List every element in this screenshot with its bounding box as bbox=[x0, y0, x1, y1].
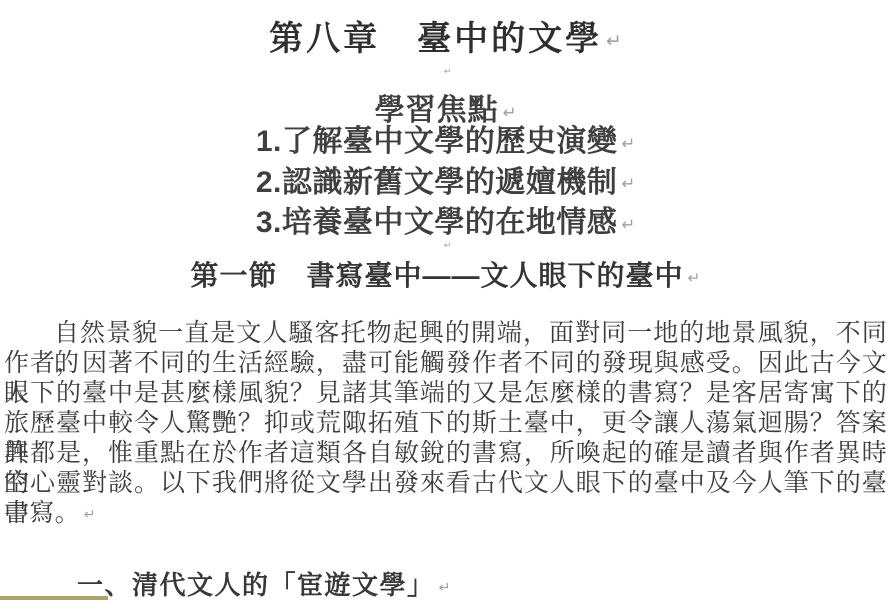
paragraph-mark-icon: ↵ bbox=[621, 174, 635, 193]
paragraph-line: 自然景貌一直是文人騷客托物起興的開端，面對同一地的地景風貌，不同的 bbox=[4, 319, 887, 349]
paragraph-line: 書寫。↵ bbox=[4, 499, 887, 529]
list-item-text: 2.認識新舊文學的遞嬗機制 bbox=[256, 166, 618, 199]
empty-paragraph-line: ↵ bbox=[0, 236, 891, 254]
paragraph-line: 作者，因著不同的生活經驗，盡可能觸發作者不同的發現與感受。因此古今文人 bbox=[4, 349, 887, 379]
empty-paragraph-line: ↵ bbox=[0, 62, 891, 80]
bottom-edge-strip bbox=[0, 596, 108, 600]
paragraph-mark-icon: ↵ bbox=[606, 31, 622, 52]
paragraph-line: 許都是，惟重點在於作者這類各自敏銳的書寫，所喚起的確是讀者與作者異時空 bbox=[4, 439, 887, 469]
subsection-title-text: 一、清代文人的「宦遊文學」 bbox=[77, 571, 435, 600]
list-item-text: 1.了解臺中文學的歷史演變 bbox=[256, 125, 618, 158]
section-title-text: 第一節 書寫臺中——文人眼下的臺中 bbox=[191, 260, 684, 291]
learning-focus-list: 1.了解臺中文學的歷史演變↵ 2.認識新舊文學的遞嬗機制↵ 3.培養臺中文學的在… bbox=[256, 122, 635, 244]
paragraph-mark-icon: ↵ bbox=[84, 507, 96, 523]
paragraph-mark-icon: ↵ bbox=[503, 103, 517, 122]
paragraph-mark-icon: ↵ bbox=[621, 215, 635, 234]
list-item: 2.認識新舊文學的遞嬗機制↵ bbox=[256, 163, 635, 204]
paragraph-line: 的心靈對談。以下我們將從文學出發來看古代文人眼下的臺中及今人筆下的臺中 bbox=[4, 469, 887, 499]
paragraph-line: 旅歷臺中較令人驚艷？抑或荒陬拓殖下的斯土臺中，更令讓人蕩氣迴腸？答案興 bbox=[4, 409, 887, 439]
subsection-title: 一、清代文人的「宦遊文學」↵ bbox=[77, 570, 451, 600]
chapter-title: 第八章 臺中的文學↵ bbox=[0, 11, 891, 60]
paragraph-mark-icon: ↵ bbox=[444, 241, 451, 251]
paragraph-mark-icon: ↵ bbox=[444, 67, 451, 77]
paragraph-mark-icon: ↵ bbox=[621, 134, 635, 153]
paragraph-mark-icon: ↵ bbox=[439, 580, 451, 596]
body-paragraph: 自然景貌一直是文人騷客托物起興的開端，面對同一地的地景風貌，不同的 作者，因著不… bbox=[4, 319, 887, 529]
section-title: 第一節 書寫臺中——文人眼下的臺中↵ bbox=[0, 254, 891, 294]
paragraph-mark-icon: ↵ bbox=[688, 269, 701, 287]
chapter-title-text: 第八章 臺中的文學 bbox=[269, 21, 602, 58]
paragraph-line-text: 書寫。 bbox=[4, 500, 80, 527]
list-item-text: 3.培養臺中文學的在地情感 bbox=[256, 206, 618, 239]
list-item: 1.了解臺中文學的歷史演變↵ bbox=[256, 122, 635, 163]
paragraph-line: 眼下的臺中是甚麼樣風貌？見諸其筆端的又是怎麼樣的書寫？是客居寄寓下的 bbox=[4, 379, 887, 409]
document-page: 第八章 臺中的文學↵ ↵ 學習焦點↵ 1.了解臺中文學的歷史演變↵ 2.認識新舊… bbox=[0, 0, 891, 600]
